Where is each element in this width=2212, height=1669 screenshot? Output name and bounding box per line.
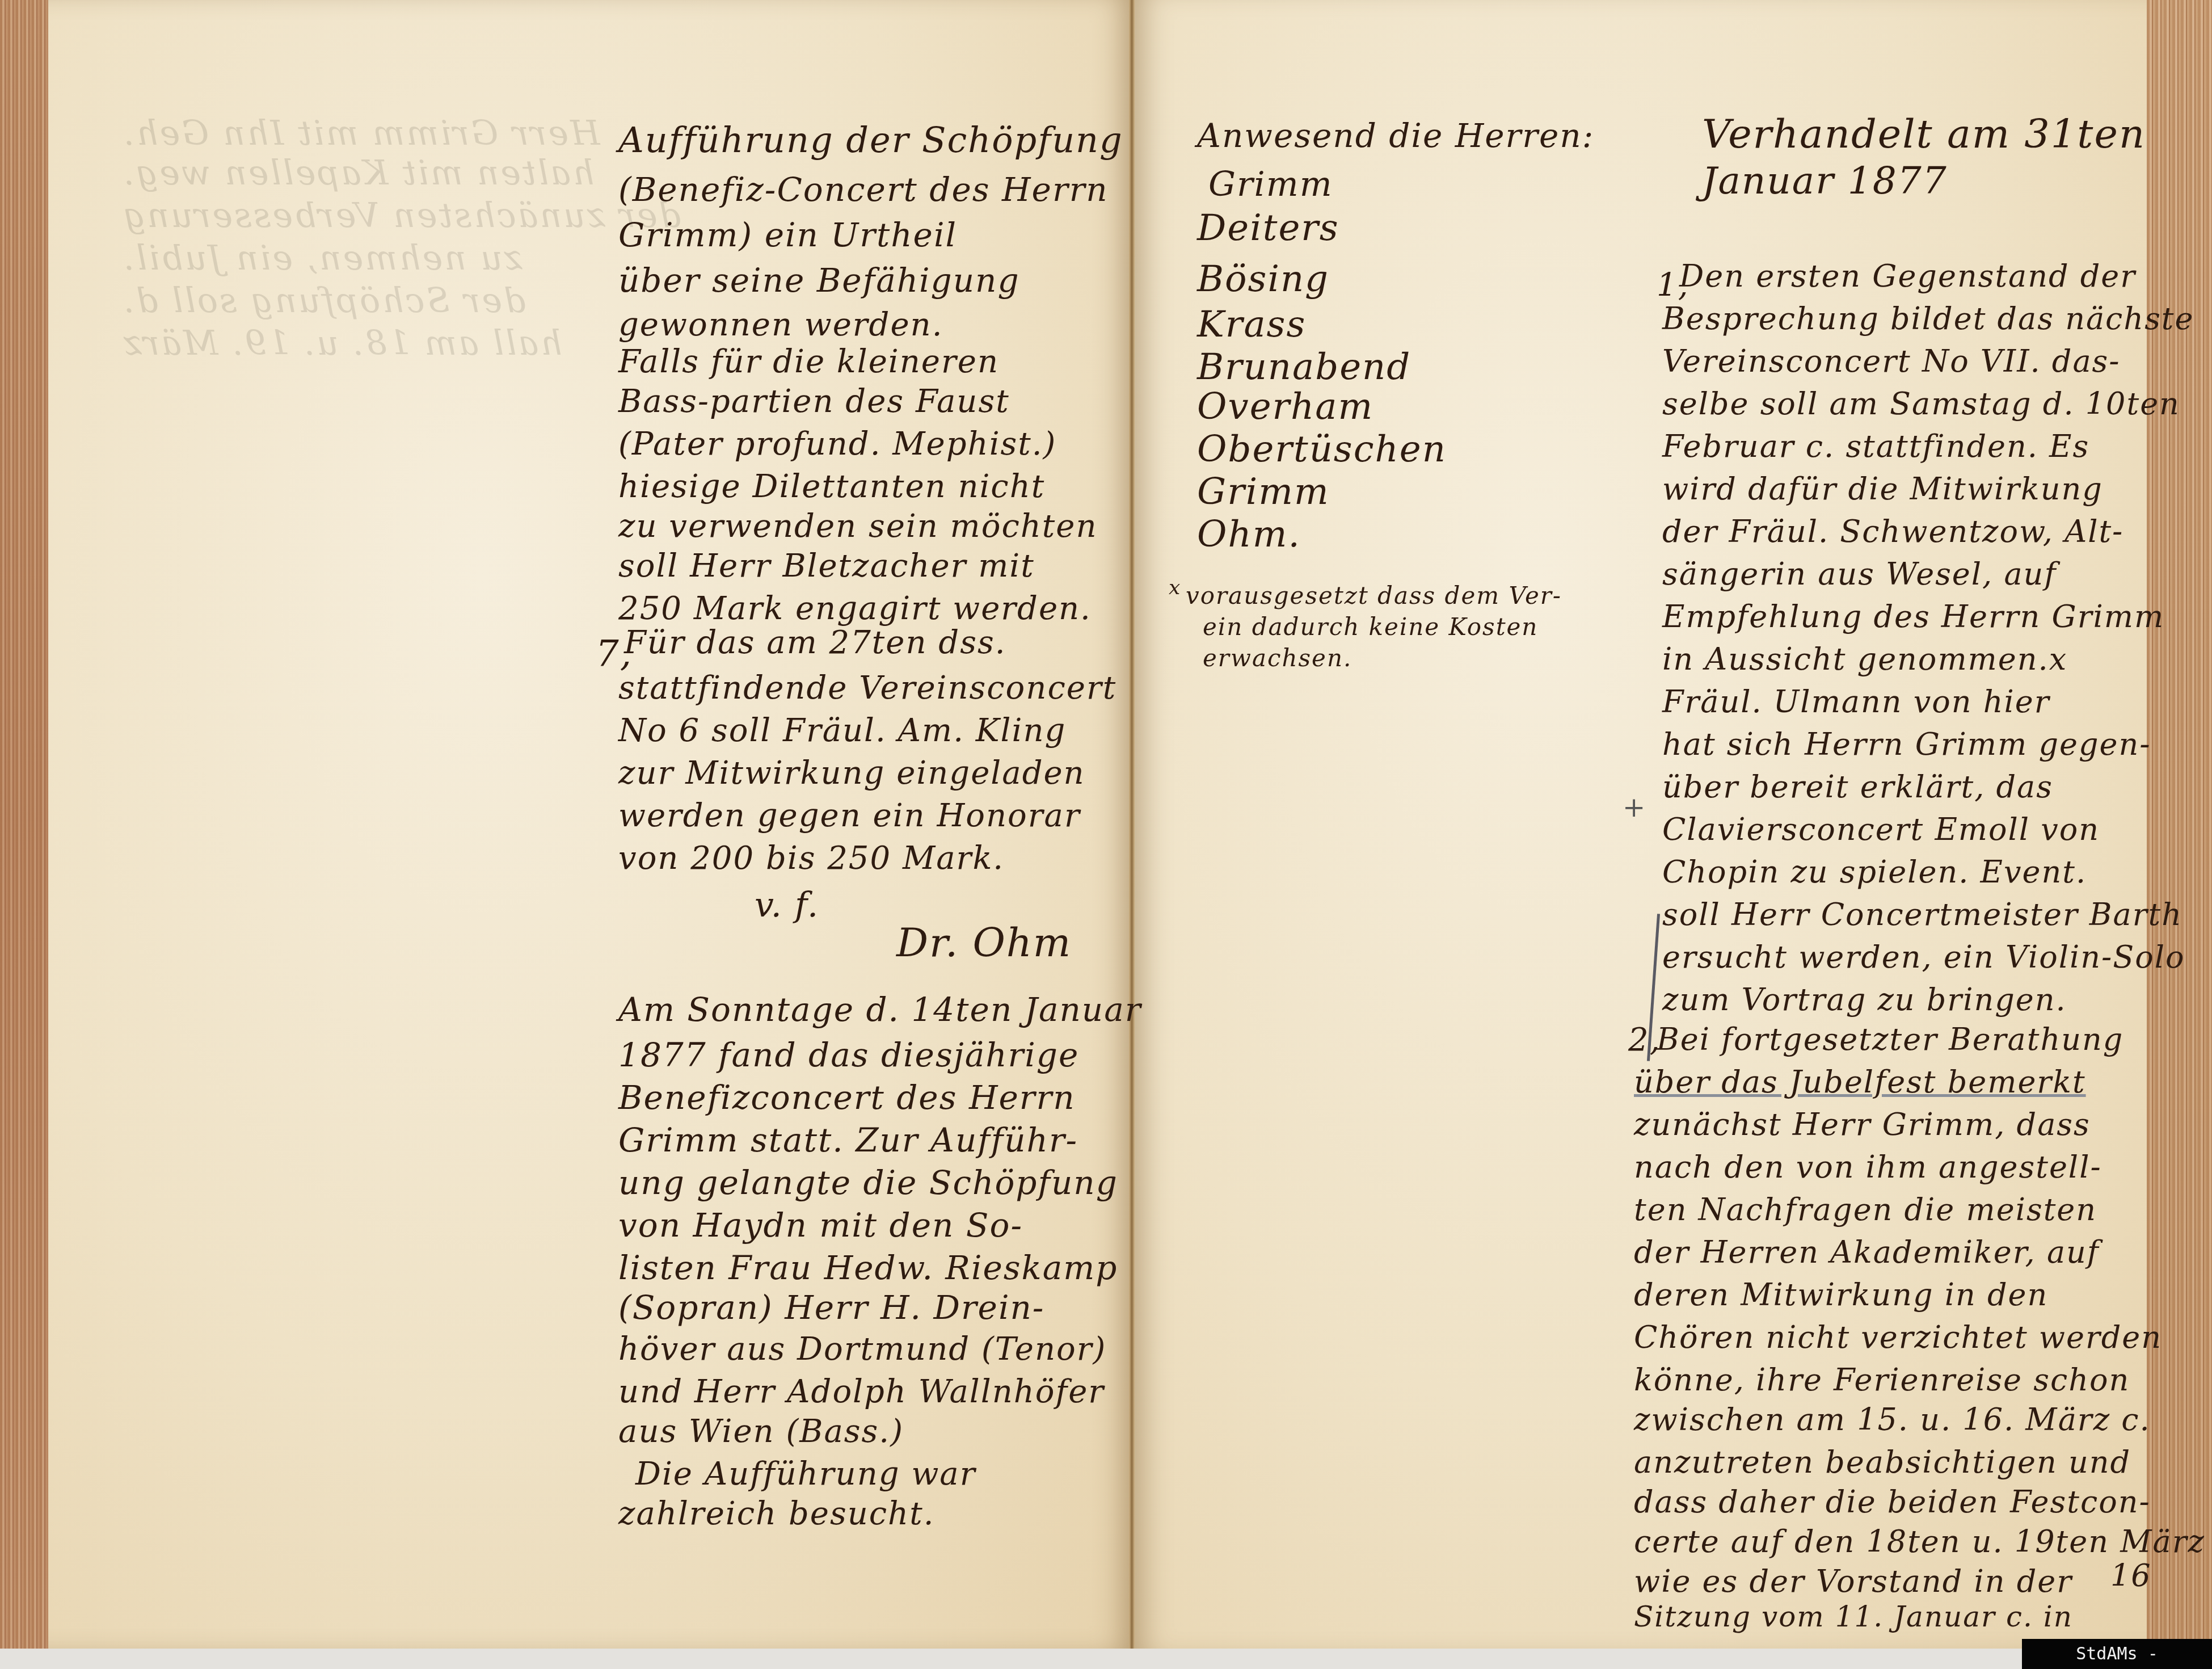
text-line: Bei fortgesetzter Berathung (1657, 1021, 2123, 1057)
bleed-through-line: halten mit Kapellen weg. (122, 153, 595, 193)
text-line: zahlreich besucht. (618, 1495, 934, 1532)
attendee-name: Ohm. (1197, 514, 1301, 556)
text-line: (Sopran) Herr H. Drein- (618, 1288, 1044, 1327)
text-line-underlined: über das Jubelfest bemerkt (1634, 1064, 2086, 1100)
minutes-header-date: Januar 1877 (1702, 159, 1948, 203)
text-line: Grimm statt. Zur Aufführ- (618, 1121, 1078, 1159)
text-line: von 200 bis 250 Mark. (618, 840, 1004, 877)
text-line: zu verwenden sein möchten (618, 508, 1098, 545)
signature-name: Dr. Ohm (896, 919, 1072, 966)
text-line: der Herren Akademiker, auf (1634, 1234, 2100, 1270)
text-line: (Benefiz-Concert des Herrn (618, 170, 1109, 209)
text-line: Den ersten Gegenstand der (1679, 258, 2136, 294)
signature-vf: v. f. (755, 885, 819, 925)
attendee-name: Grimm (1197, 471, 1330, 513)
text-line: zunächst Herr Grimm, dass (1634, 1107, 2091, 1142)
text-line: Aufführung der Schöpfung (618, 119, 1123, 161)
text-line: selbe soll am Samstag d. 10ten (1662, 386, 2180, 422)
text-line: von Haydn mit den So- (618, 1206, 1023, 1245)
page-mark: 16 (2110, 1558, 2152, 1594)
footnote-line: erwachsen. (1203, 644, 1352, 672)
text-line: Benefizconcert des Herrn (618, 1078, 1076, 1117)
text-line: gewonnen werden. (618, 306, 943, 343)
attendee-name: Obertüschen (1197, 428, 1447, 470)
attendee-name: Bösing (1197, 258, 1329, 300)
attendee-name: Deiters (1197, 207, 1339, 249)
page-edges-left (0, 0, 48, 1651)
text-line: hiesige Dilettanten nicht (618, 468, 1045, 505)
pencil-plus-mark: + (1623, 792, 1646, 823)
text-line: anzutreten beabsichtigen und (1634, 1444, 2131, 1480)
open-book: Herr Grimm mit Ihn Geh. halten mit Kapel… (0, 0, 2212, 1651)
text-line: listen Frau Hedw. Rieskamp (618, 1248, 1118, 1287)
text-line: Empfehlung des Herrn Grimm (1662, 599, 2164, 634)
text-line: nach den von ihm angestell- (1634, 1149, 2102, 1185)
text-line: werden gegen ein Honorar (618, 797, 1081, 834)
text-line: höver aus Dortmund (Tenor) (618, 1331, 1106, 1368)
attendance-heading: Anwesend die Herren: (1197, 116, 1594, 155)
text-line: certe auf den 18ten u. 19ten März (1634, 1524, 2205, 1559)
text-line: zur Mitwirkung eingeladen (618, 755, 1085, 792)
text-line: Die Aufführung war (635, 1456, 976, 1493)
text-line: in Aussicht genommen.x (1662, 641, 2067, 677)
text-line: soll Herr Concertmeister Barth (1662, 897, 2182, 932)
page-edges-right (2147, 0, 2212, 1651)
minutes-header: Verhandelt am 31ten (1702, 111, 2146, 157)
bleed-through-line: zu nehmen, ein Jubil. (122, 238, 522, 278)
text-line: Chopin zu spielen. Event. (1662, 854, 2087, 890)
text-line: sängerin aus Wesel, auf (1662, 556, 2057, 592)
bleed-through-line: hall am 18. u. 19. März (122, 323, 562, 363)
text-line: zum Vortrag zu bringen. (1662, 982, 2067, 1018)
text-line: könne, ihre Ferienreise schon (1634, 1362, 2130, 1398)
text-line: aus Wien (Bass.) (618, 1413, 904, 1450)
text-line: Falls für die kleineren (618, 343, 999, 380)
footnote-line: vorausgesetzt dass dem Ver- (1186, 582, 1562, 609)
text-line: soll Herr Bletzacher mit (618, 548, 1035, 585)
text-line: Am Sonntage d. 14ten Januar (618, 990, 1142, 1029)
text-line: 250 Mark engagirt werden. (618, 590, 1092, 627)
attendee-name: Krass (1197, 304, 1306, 346)
item-number-2: 2, (1628, 1021, 1661, 1058)
text-line: Besprechung bildet das nächste (1662, 301, 2194, 337)
text-line: Für das am 27ten dss. (624, 624, 1006, 661)
archive-watermark: StdAMs - MV_002a_304 (2022, 1639, 2212, 1669)
text-line: zwischen am 15. u. 16. März c. (1634, 1402, 2151, 1437)
attendee-name: Grimm (1208, 165, 1333, 204)
text-line: wird dafür die Mitwirkung (1662, 471, 2103, 507)
text-line: Bass-partien des Faust (618, 383, 1010, 420)
text-line: Grimm) ein Urtheil (618, 216, 957, 254)
text-line: hat sich Herrn Grimm gegen- (1662, 726, 2151, 762)
text-line: Claviersconcert Emoll von (1662, 812, 2100, 847)
attendee-name: Brunabend (1197, 346, 1411, 388)
text-line: No 6 soll Fräul. Am. Kling (618, 712, 1066, 749)
bleed-through-line: der zunächsten Verbesserung (122, 196, 681, 236)
scan-background (0, 1649, 2212, 1669)
text-line: deren Mitwirkung in den (1634, 1277, 2048, 1313)
attendee-name: Overham (1197, 386, 1373, 428)
text-line: und Herr Adolph Wallnhöfer (618, 1373, 1105, 1410)
text-line: ten Nachfragen die meisten (1634, 1192, 2097, 1227)
text-line: (Pater profund. Mephist.) (618, 426, 1056, 463)
text-line: stattfindende Vereinsconcert (618, 670, 1116, 707)
text-line: Vereinsconcert No VII. das- (1662, 343, 2121, 379)
text-line: über bereit erklärt, das (1662, 769, 2053, 805)
bleed-through-line: der Schöpfung soll d. (122, 281, 525, 321)
text-line: Februar c. stattfinden. Es (1662, 428, 2089, 464)
text-line: 1877 fand das diesjährige (618, 1036, 1079, 1074)
text-line: der Fräul. Schwentzow, Alt- (1662, 514, 2123, 549)
text-line: ung gelangte die Schöpfung (618, 1163, 1118, 1202)
text-line: wie es der Vorstand in der (1634, 1563, 2072, 1599)
text-line: Chören nicht verzichtet werden (1634, 1319, 2162, 1355)
footnote-mark: x (1169, 576, 1181, 599)
text-line: dass daher die beiden Festcon- (1634, 1484, 2151, 1520)
text-line: über seine Befähigung (618, 261, 1020, 300)
text-line: ersucht werden, ein Violin-Solo (1662, 939, 2185, 975)
book-gutter (1129, 0, 1135, 1649)
bleed-through-line: Herr Grimm mit Ihn Geh. (122, 113, 600, 153)
footnote-line: ein dadurch keine Kosten (1203, 613, 1538, 641)
text-line: Fräul. Ulmann von hier (1662, 684, 2050, 720)
